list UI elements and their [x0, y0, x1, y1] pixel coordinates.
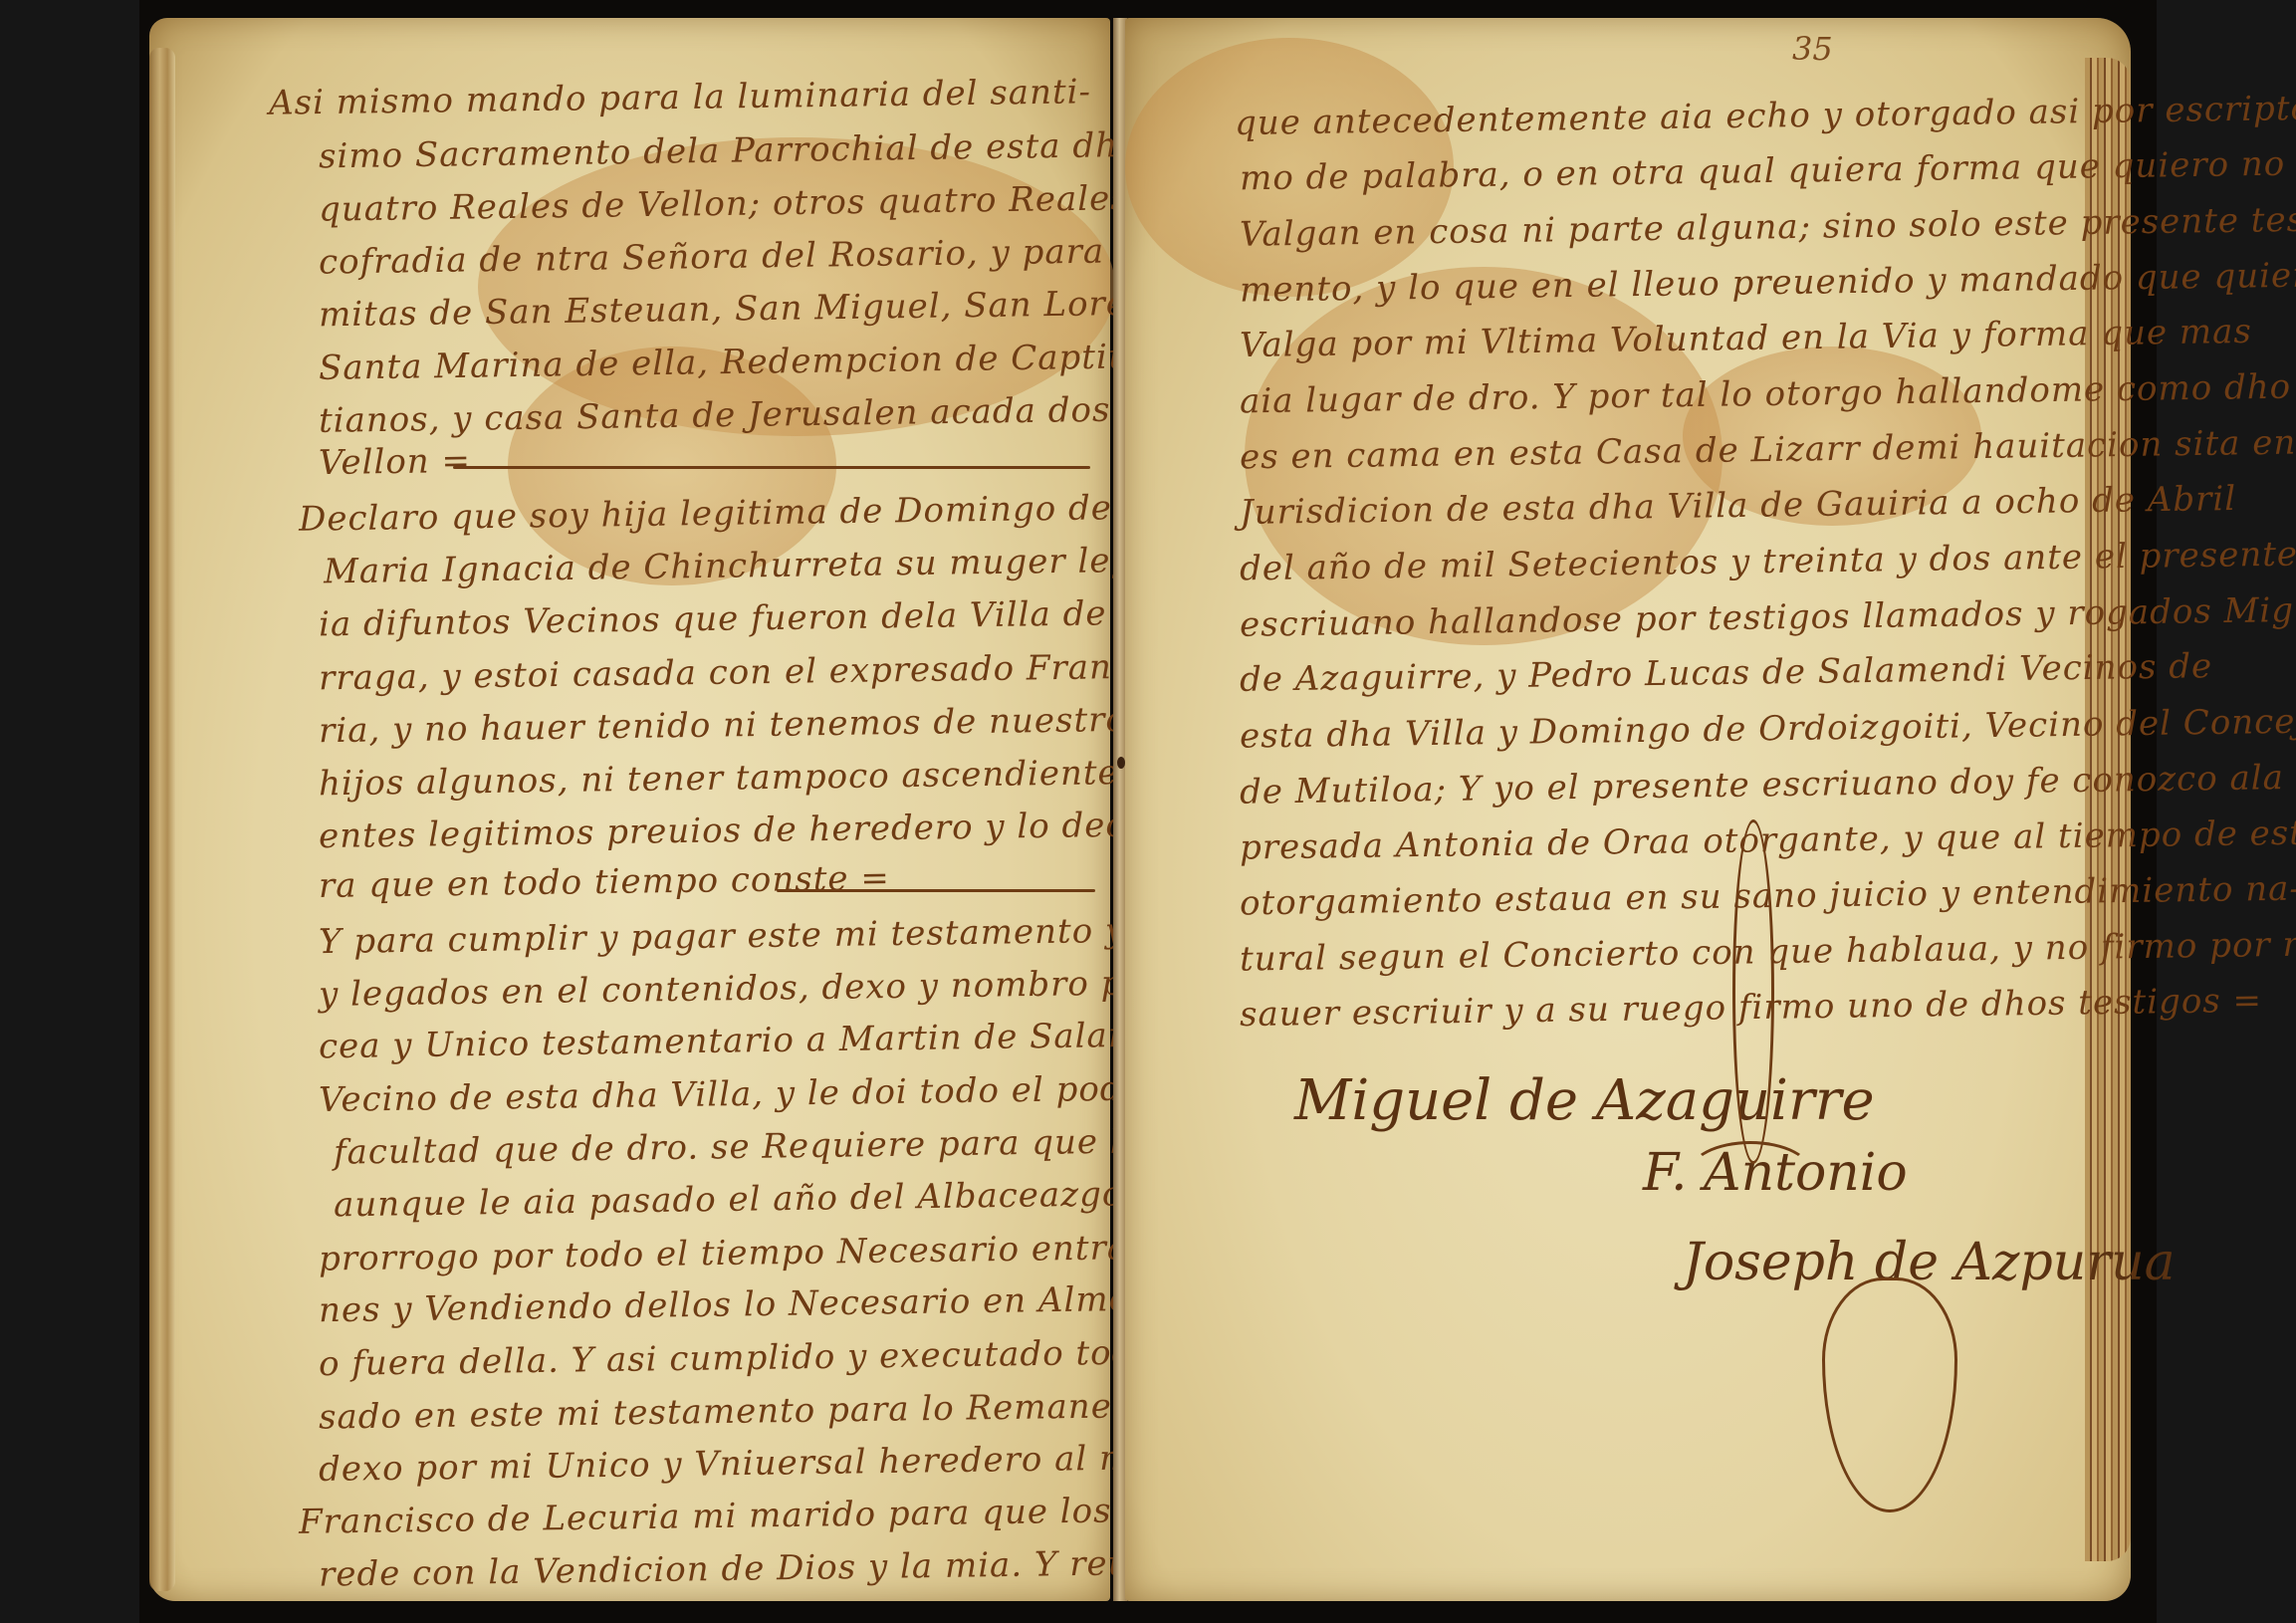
text-line: simo Sacramento dela Parrochial de esta … — [319, 124, 1233, 177]
text-line: Valga por mi Vltima Voluntad en la Via y… — [1240, 312, 2252, 365]
left-page: Asi mismo mando para la luminaria del sa… — [149, 18, 1110, 1601]
ruled-line — [453, 466, 1090, 469]
binding-hole — [1117, 757, 1125, 769]
text-line: cea y Unico testamentario a Martin de Sa… — [319, 1015, 1220, 1067]
right-page-text: que antecedentemente aia echo y otorgado… — [1125, 18, 2131, 1601]
text-line: ra que en todo tiempo conste = — [319, 858, 890, 906]
signature-joseph-de-azpurua: Joseph de Azpurua — [1683, 1233, 2176, 1292]
signature-flourish-heart — [1688, 1141, 1813, 1207]
text-line: es en cama en esta Casa de Lizarr demi h… — [1240, 423, 2296, 478]
text-line: Vellon = — [319, 441, 472, 483]
text-line: mento, y lo que en el lleuo preuenido y … — [1240, 255, 2296, 310]
text-line: que antecedentemente aia echo y otorgado… — [1235, 88, 2296, 143]
right-page: 35 que antecedentemente aia echo y otorg… — [1125, 18, 2131, 1601]
manuscript-photo: Asi mismo mando para la luminaria del sa… — [139, 0, 2157, 1623]
text-line: Valgan en cosa ni parte alguna; sino sol… — [1240, 199, 2296, 255]
text-line: Maria Ignacia de Chinchurreta su muger l… — [324, 540, 1227, 592]
text-line: aia lugar de dro. Y por tal lo otorgo ha… — [1240, 367, 2292, 422]
text-line: de Azaguirre, y Pedro Lucas de Salamendi… — [1240, 646, 2213, 700]
text-line: Asi mismo mando para la luminaria del sa… — [269, 72, 1091, 123]
signature-miguel-de-azaguirre: Miguel de Azaguirre — [1294, 1068, 1875, 1133]
text-line: esta dha Villa y Domingo de Ordoizgoiti,… — [1240, 701, 2296, 756]
ruled-line — [777, 889, 1095, 892]
text-line: ia difuntos Vecinos que fueron dela Vill… — [319, 592, 1233, 645]
text-line: de Mutiloa; Y yo el presente escriuano d… — [1240, 757, 2296, 812]
text-line: mo de palabra, o en otra qual quiera for… — [1240, 144, 2286, 199]
text-line: aunque le aia pasado el año del Albaceaz… — [334, 1173, 1247, 1226]
signature-flourish-vertical — [1732, 819, 1774, 1164]
text-line: escriuano hallandose por testigos llamad… — [1240, 589, 2296, 645]
text-line: Jurisdicion de esta dha Villa de Gauiria… — [1240, 479, 2237, 533]
text-line: nes y Vendiendo dellos lo Necesario en A… — [319, 1278, 1219, 1331]
text-line: presada Antonia de Oraa otorgante, y que… — [1240, 812, 2296, 867]
left-page-text: Asi mismo mando para la luminaria del sa… — [149, 18, 1110, 1601]
text-line: mitas de San Esteuan, San Miguel, San Lo… — [319, 283, 1223, 336]
text-line: del año de mil Setecientos y treinta y d… — [1240, 535, 2296, 589]
